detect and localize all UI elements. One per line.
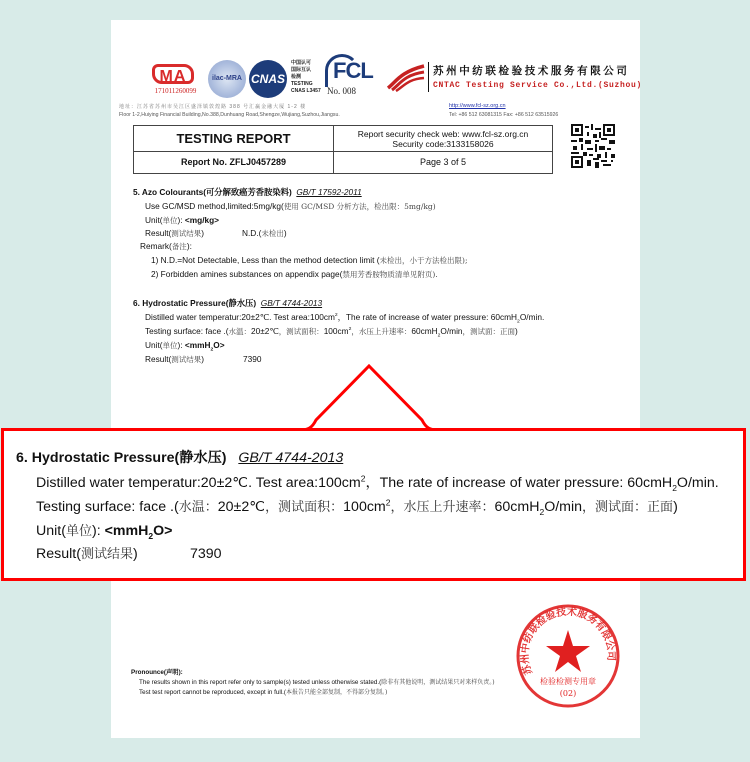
section5-method: Use GC/MSD method,limited:5mg/kg(使用 GC/M… [145,201,436,212]
fcl-logo: FCL No. 008 [323,56,369,96]
website-link[interactable]: http://www.fcl-sz.org.cn [449,103,506,109]
contact-tel-fax: Tel: +86 512 63081315 Fax: +86 512 63515… [449,112,558,118]
qr-code-icon [571,124,615,168]
section6-result: Result(测试结果) [145,354,204,365]
ilac-mra-logo: ilac-MRA [208,60,246,98]
section5-remark-1: 1) N.D.=Not Detectable, Less than the me… [151,255,467,266]
callout-section6-heading: 6. Hydrostatic Pressure(静水压) GB/T 4744-2… [16,448,343,468]
cma-logo: MA 171011260099 [148,62,198,92]
svg-text:检验检测专用章: 检验检测专用章 [540,676,596,686]
section5-remark-2: 2) Forbidden amines substances on append… [151,269,438,280]
callout-result: Result(测试结果) [36,544,138,565]
report-page: MA 171011260099 ilac-MRA CNAS 中国认可 国际互认 … [111,20,640,738]
address-en: Floor 1-2,Huiying Financial Building,No.… [119,112,340,118]
section5-remark-label: Remark(备注): [140,241,192,252]
address-cn: 地址：江苏省苏州市吴江区盛泽镇敦煌路 388 号汇赢金融大厦 1-2 楼 [119,103,306,110]
report-header-table: TESTING REPORT Report security check web… [133,125,553,174]
company-name-cn: 苏州中纺联检验技术服务有限公司 [433,63,630,78]
pronounce-heading: Pronounce(声明): [131,668,183,677]
company-swoosh-logo [386,62,426,92]
company-name-en: CNTAC Testing Service Co.,Ltd.(Suzhou) [433,81,642,90]
official-seal-stamp: 苏州中纺联检验技术服务有限公司 检验检测专用章 (02) [514,602,622,710]
section5-unit: Unit(单位): <mg/kg> [145,215,219,226]
callout-result-value: 7390 [190,544,222,564]
section6-unit: Unit(单位): <mmH2O> [145,340,225,351]
section5-result: Result(测试结果) [145,228,204,239]
callout-standard: GB/T 4744-2013 [238,450,343,466]
section6-line2: Testing surface: face .(水温：20±2℃，测试面积：10… [145,326,518,337]
section6-heading: 6. Hydrostatic Pressure(静水压) GB/T 4744-2… [133,298,322,309]
cma-number: 171011260099 [148,87,203,95]
report-title: TESTING REPORT [134,126,334,152]
pronounce-line-1: The results shown in this report refer o… [139,678,495,687]
security-info: Report security check web: www.fcl-sz.or… [334,126,552,152]
fcl-number: No. 008 [327,86,356,96]
pronounce-line-2: Test test report cannot be reproduced, e… [139,688,387,697]
section6-line1: Distilled water temperatur:20±2℃. Test a… [145,312,544,323]
divider [428,62,429,92]
section6-result-value: 7390 [243,354,261,365]
cnas-caption: 中国认可 国际互认 检测 TESTING CNAS L3457 [291,60,321,95]
report-number: Report No. ZFLJ0457289 [134,152,334,173]
page-indicator: Page 3 of 5 [334,152,552,173]
section5-standard: GB/T 17592-2011 [296,187,361,197]
callout-unit: Unit(单位): <mmH2O> [36,521,172,542]
svg-text:(02): (02) [560,689,576,698]
section5-heading: 5. Azo Colourants(可分解致癌芳香胺染料) GB/T 17592… [133,187,362,198]
callout-line1: Distilled water temperatur:20±2℃. Test a… [36,473,719,493]
cnas-logo: CNAS [249,60,287,98]
section5-result-value: N.D.(未检出) [242,228,287,239]
magnified-callout: 6. Hydrostatic Pressure(静水压) GB/T 4744-2… [1,428,746,581]
callout-line2: Testing surface: face .(水温：20±2℃，测试面积：10… [36,497,678,518]
